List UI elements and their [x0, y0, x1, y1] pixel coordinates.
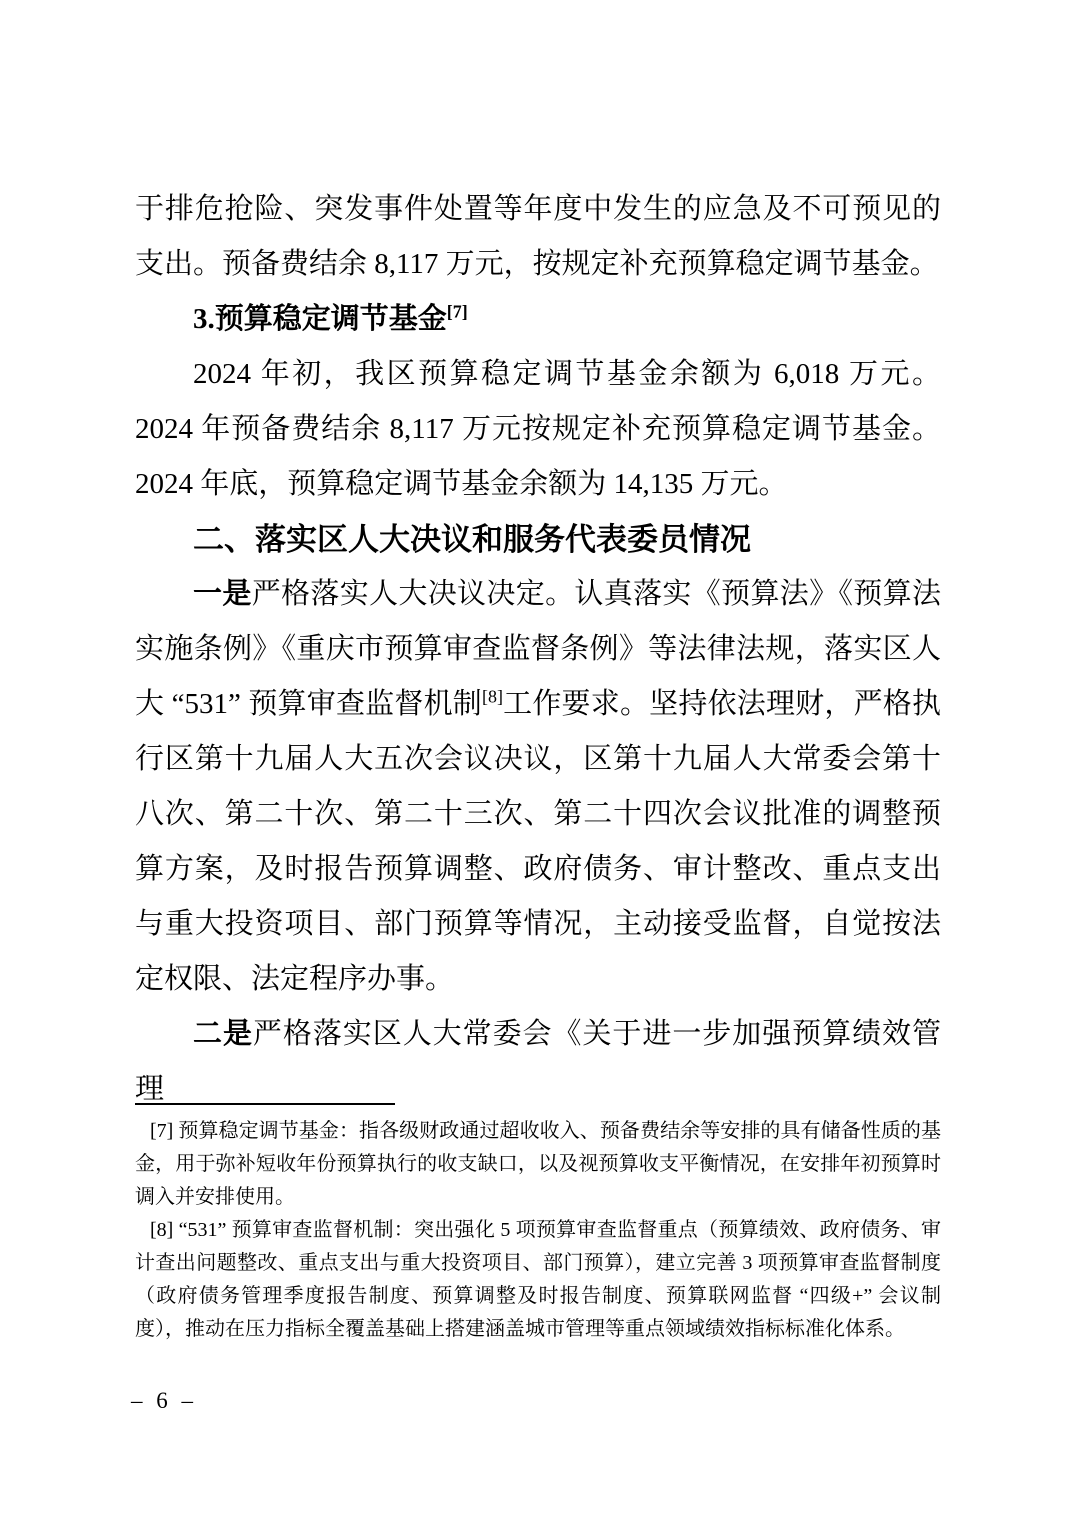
paragraph-continuation: 于排危抢险、突发事件处置等年度中发生的应急及不可预见的支出。预备费结余 8,11… [135, 182, 941, 292]
footnote-8: [8] “531” 预算审查监督机制：突出强化 5 项预算审查监督重点（预算绩效… [135, 1214, 941, 1346]
section-heading-npc-resolutions: 二、落实区人大决议和服务代表委员情况 [135, 512, 941, 567]
footnote-divider [135, 1103, 395, 1105]
document-page: 于排危抢险、突发事件处置等年度中发生的应急及不可预见的支出。预备费结余 8,11… [0, 0, 1074, 1520]
paragraph-fund-balance: 2024 年初，我区预算稳定调节基金余额为 6,018 万元。2024 年预备费… [135, 347, 941, 512]
subsection-heading-budget-stabilization-fund: 3.预算稳定调节基金[7] [135, 292, 941, 347]
main-text: 于排危抢险、突发事件处置等年度中发生的应急及不可预见的支出。预备费结余 8,11… [135, 182, 941, 1117]
footnotes-section: [7] 预算稳定调节基金：指各级财政通过超收收入、预备费结余等安排的具有储备性质… [135, 1103, 941, 1346]
paragraph-first-point: 一是严格落实人大决议决定。认真落实《预算法》《预算法实施条例》《重庆市预算审查监… [135, 567, 941, 1007]
footnote-7: [7] 预算稳定调节基金：指各级财政通过超收收入、预备费结余等安排的具有储备性质… [135, 1115, 941, 1214]
paragraph-second-point: 二是严格落实区人大常委会《关于进一步加强预算绩效管理 [135, 1007, 941, 1117]
page-number: – 6 – [131, 1388, 197, 1414]
